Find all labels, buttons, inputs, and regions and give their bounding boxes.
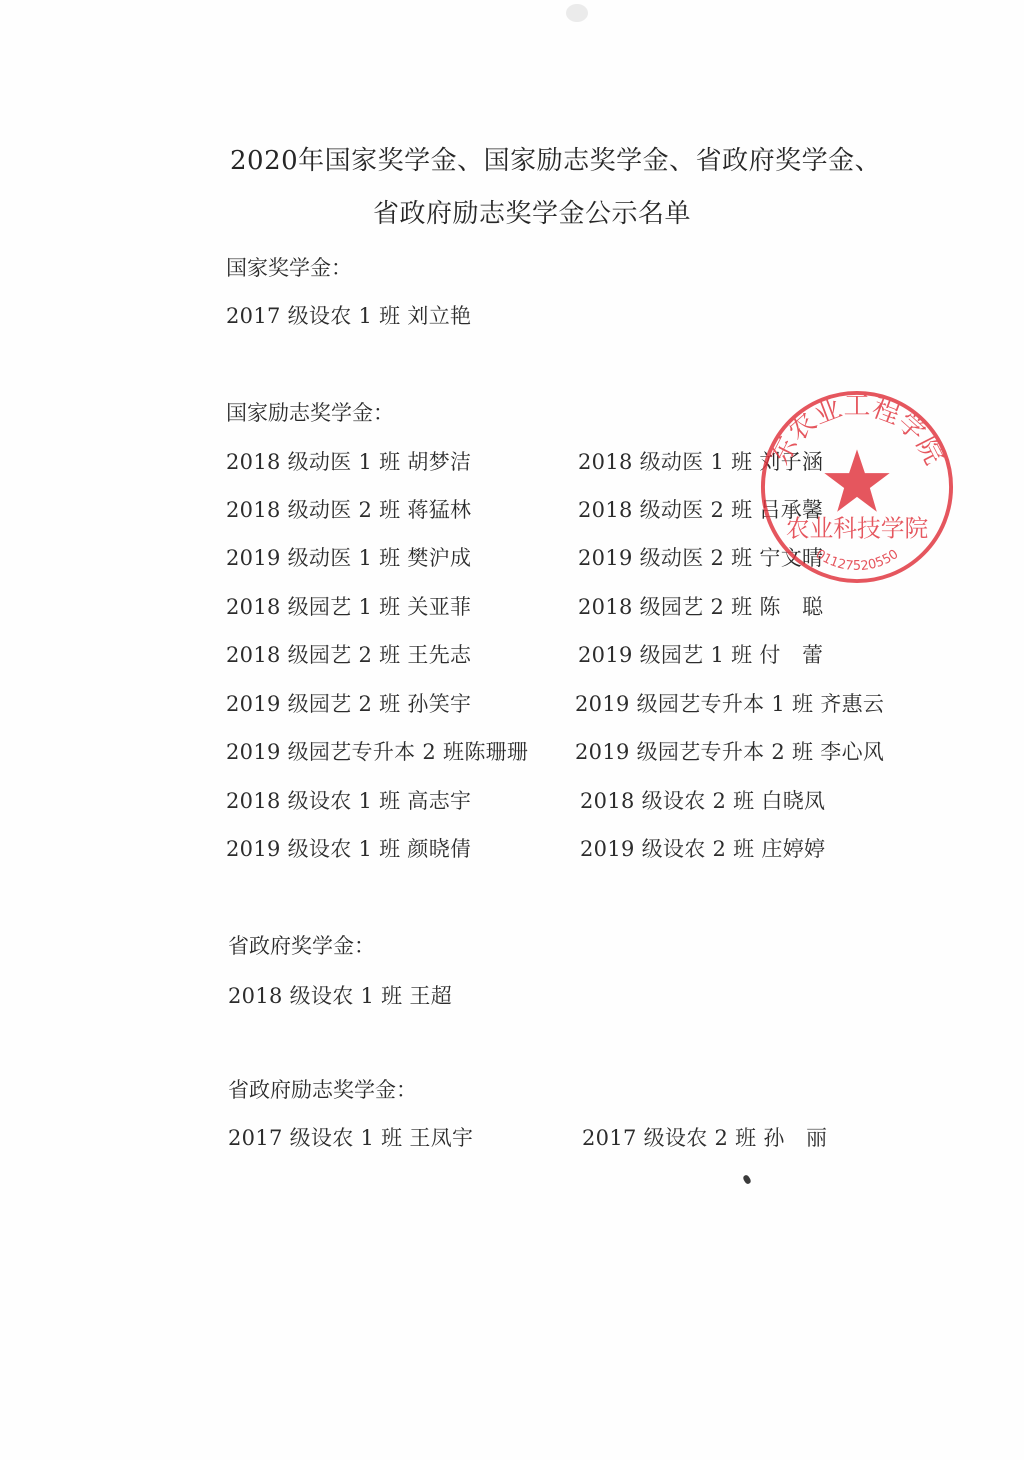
list-item: 2018 级园艺 1 班 关亚菲 — [226, 591, 471, 621]
list-item: 2018 级动医 1 班 胡梦洁 — [226, 446, 471, 476]
scanned-document-page: 2020年国家奖学金、国家励志奖学金、省政府奖学金、 省政府励志奖学金公示名单 … — [0, 0, 1024, 1460]
seal-star-icon — [824, 449, 889, 511]
list-item: 2018 级动医 2 班 吕承馨 — [578, 494, 823, 524]
list-item: 2019 级园艺 2 班 孙笑宇 — [226, 688, 471, 718]
section-heading-provincial-scholarship: 省政府奖学金： — [228, 930, 375, 960]
list-item: 2018 级动医 2 班 蒋猛林 — [226, 494, 471, 524]
list-item: 2019 级动医 2 班 宁文晴 — [578, 542, 823, 572]
list-item: 2018 级设农 2 班 白晓凤 — [580, 785, 825, 815]
list-item: 2017 级设农 2 班 孙 丽 — [582, 1122, 827, 1152]
document-title-line-1: 2020年国家奖学金、国家励志奖学金、省政府奖学金、 — [230, 140, 881, 177]
list-item: 2019 级设农 2 班 庄婷婷 — [580, 833, 825, 863]
list-item: 2019 级园艺专升本 2 班陈珊珊 — [226, 736, 528, 766]
list-item: 2019 级园艺专升本 1 班 齐惠云 — [575, 688, 884, 718]
list-item: 2019 级动医 1 班 樊沪成 — [226, 542, 471, 572]
document-title-line-2: 省政府励志奖学金公示名单 — [373, 193, 691, 230]
seal-code: 01127520550 — [813, 547, 902, 574]
scan-speck — [742, 1174, 752, 1185]
list-item: 2019 级园艺 1 班 付 蕾 — [578, 639, 823, 669]
list-item: 2017 级设农 1 班 刘立艳 — [226, 300, 471, 330]
list-item: 2019 级园艺专升本 2 班 李心风 — [575, 736, 884, 766]
list-item: 2018 级设农 1 班 王超 — [228, 980, 452, 1010]
section-heading-national-scholarship: 国家奖学金： — [226, 252, 352, 282]
list-item: 2018 级园艺 2 班 陈 聪 — [578, 591, 823, 621]
list-item: 2018 级动医 1 班 刘子涵 — [578, 446, 823, 476]
list-item: 2017 级设农 1 班 王凤宇 — [228, 1122, 473, 1152]
list-item: 2019 级设农 1 班 颜晓倩 — [226, 833, 471, 863]
list-item: 2018 级园艺 2 班 王先志 — [226, 639, 471, 669]
section-heading-national-encouragement-scholarship: 国家励志奖学金： — [226, 397, 394, 427]
list-item: 2018 级设农 1 班 高志宇 — [226, 785, 471, 815]
section-heading-provincial-encouragement-scholarship: 省政府励志奖学金： — [228, 1074, 417, 1104]
scan-smudge — [566, 4, 588, 22]
